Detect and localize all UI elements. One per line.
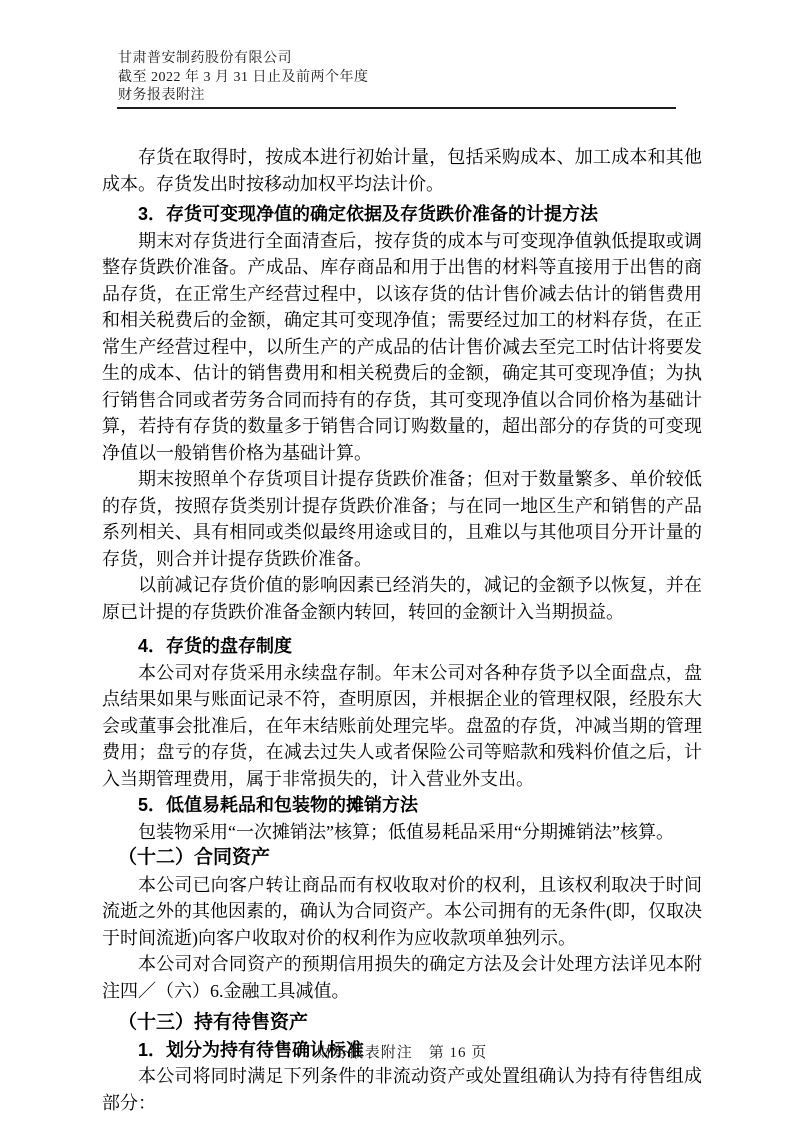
header-doc-title: 财务报表附注: [118, 87, 369, 106]
section-heading: （十三）持有待售资产: [102, 1010, 702, 1037]
document-body: 存货在取得时，按成本进行初始计量，包括采购成本、加工成本和其他成本。存货发出时按…: [102, 144, 702, 1116]
paragraph: 期末对存货进行全面清查后，按存货的成本与可变现净值孰低提取或调整存货跌价准备。产…: [102, 228, 702, 467]
section-heading: （十二）合同资产: [102, 845, 702, 872]
header-divider-rule: [117, 107, 676, 109]
numbered-heading: 3．存货可变现净值的确定依据及存货跌价准备的计提方法: [102, 201, 702, 228]
paragraph: 本公司对合同资产的预期信用损失的确定方法及会计处理方法详见本附注四／（六）6.金…: [102, 951, 702, 1004]
page-footer: 财务报表附注 第 16 页: [102, 1041, 702, 1062]
page-header: 甘肃普安制药股份有限公司 截至 2022 年 3 月 31 日止及前两个年度 财…: [118, 50, 369, 106]
header-company-name: 甘肃普安制药股份有限公司: [118, 50, 369, 69]
paragraph: 期末按照单个存货项目计提存货跌价准备；但对于数量繁多、单价较低的存货，按照存货类…: [102, 466, 702, 572]
paragraph: 本公司将同时满足下列条件的非流动资产或处置组确认为持有待售组成部分：: [102, 1063, 702, 1116]
paragraph: 本公司已向客户转让商品而有权收取对价的权利，且该权利取决于时间流逝之外的其他因素…: [102, 872, 702, 952]
paragraph: 存货在取得时，按成本进行初始计量，包括采购成本、加工成本和其他成本。存货发出时按…: [102, 144, 702, 197]
paragraph: 本公司对存货采用永续盘存制。年末公司对各种存货予以全面盘点，盘点结果如果与账面记…: [102, 660, 702, 793]
numbered-heading: 5．低值易耗品和包装物的摊销方法: [102, 792, 702, 819]
paragraph: 包装物采用“一次摊销法”核算；低值易耗品采用“分期摊销法”核算。: [102, 819, 702, 846]
document-page: 甘肃普安制药股份有限公司 截至 2022 年 3 月 31 日止及前两个年度 财…: [0, 0, 793, 1122]
header-report-period: 截至 2022 年 3 月 31 日止及前两个年度: [118, 69, 369, 88]
footer-page-label: 财务报表附注 第 16 页: [317, 1045, 488, 1061]
numbered-heading: 4．存货的盘存制度: [102, 633, 702, 660]
paragraph: 以前减记存货价值的影响因素已经消失的，减记的金额予以恢复，并在原已计提的存货跌价…: [102, 572, 702, 625]
